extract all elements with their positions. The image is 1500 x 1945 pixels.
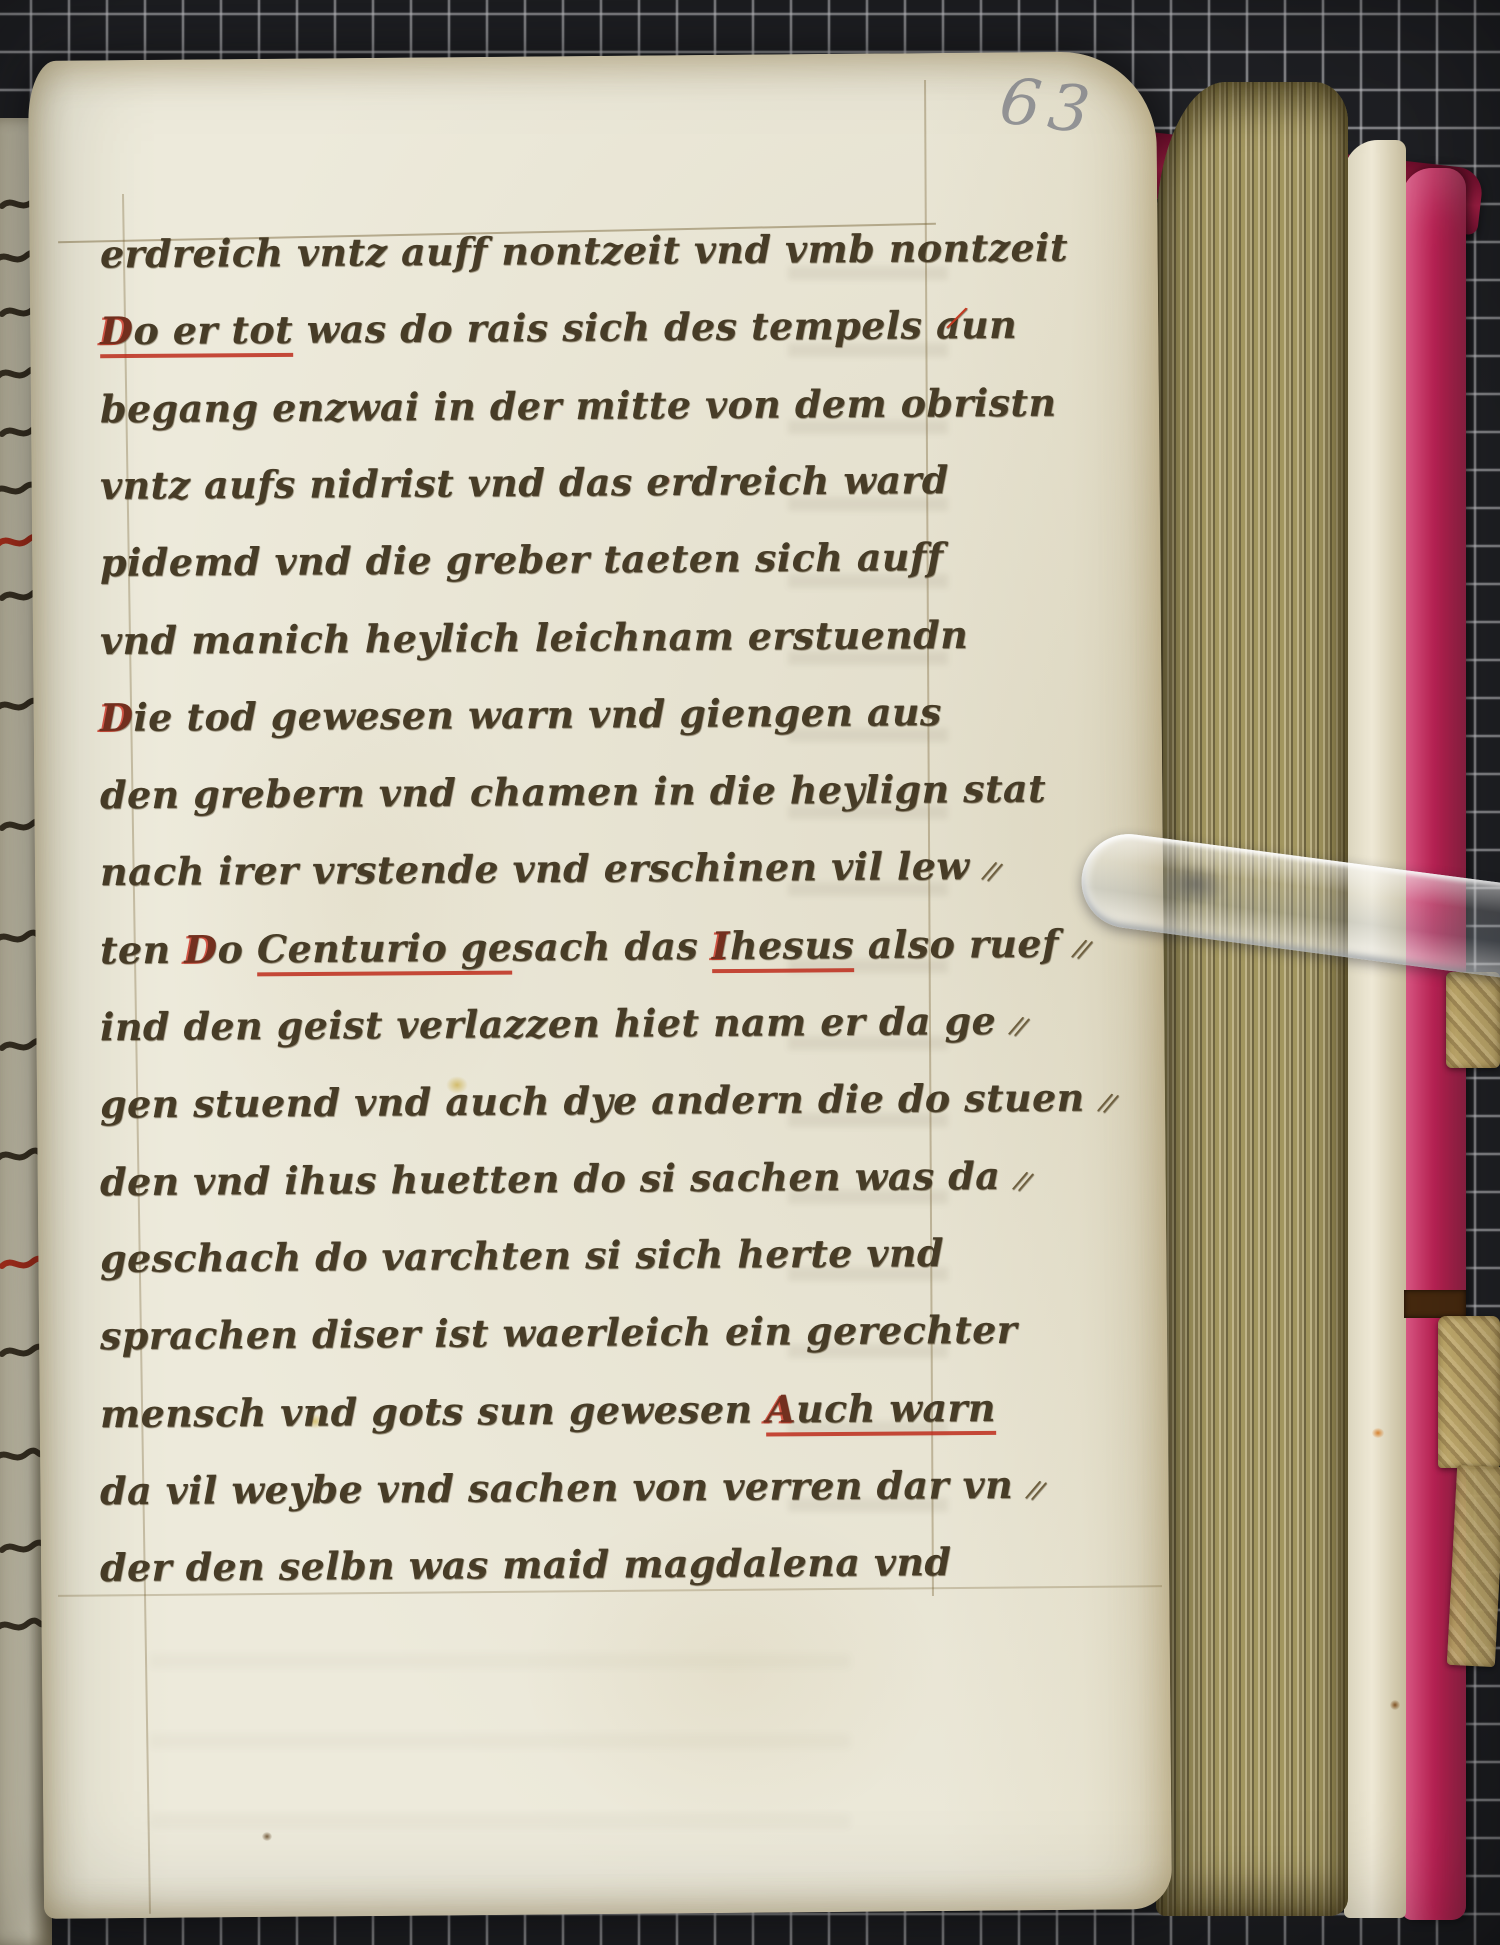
- manuscript-line: pidemd vnd die greber taeten sich auff: [100, 534, 944, 585]
- manuscript-photo: { "folio": { "number": "63" }, "colors":…: [0, 0, 1500, 1945]
- manuscript-line: da vil weybe vnd sachen von verren dar v…: [100, 1462, 1042, 1514]
- manuscript-line: mensch vnd gots sun gewesen Auch warn: [100, 1384, 996, 1435]
- ink-bleed-through: [788, 250, 948, 1560]
- clasp-strap-lower: [1438, 1316, 1500, 1468]
- manuscript-line: ten Do Centurio gesach das Ihesus also r…: [100, 920, 1087, 972]
- manuscript-line: vnd manich heylich leichnam erstuendn: [100, 611, 969, 662]
- page-block-fore-edge: [1156, 82, 1348, 1916]
- binding-speck: [1372, 1428, 1384, 1438]
- manuscript-line: den vnd ihus huetten do si sachen was da…: [100, 1152, 1029, 1203]
- manuscript-line: erdreich vntz auff nontzeit vnd vmb nont…: [100, 225, 1068, 277]
- manuscript-line: ind den geist verlazzen hiet nam er da g…: [100, 998, 1025, 1049]
- manuscript-line: vntz aufs nidrist vnd das erdreich ward: [100, 457, 949, 508]
- manuscript-line: begang enzwai in der mitte von dem obris…: [100, 379, 1057, 431]
- clasp-strap-upper: [1446, 972, 1500, 1068]
- manuscript-line: geschach do varchten si sich herte vnd: [100, 1230, 944, 1281]
- folio-number: 63: [996, 64, 1102, 149]
- clasp-anchor-notch: [1404, 1290, 1466, 1318]
- manuscript-line: Die tod gewesen warn vnd giengen aus: [100, 689, 942, 740]
- manuscript-line: Do er tot was do rais sich des tempels a…: [100, 302, 1017, 353]
- manuscript-line: nach irer vrstende vnd erschinen vil lew…: [100, 843, 998, 894]
- manuscript-line: der den selbn was maid magdalena vnd: [100, 1539, 952, 1590]
- endleaf-guard: [1344, 140, 1406, 1918]
- binding-speck: [1390, 1700, 1400, 1710]
- page-stain: [262, 1832, 272, 1841]
- manuscript-line: sprachen diser ist waerleich ein gerecht…: [100, 1307, 1017, 1358]
- manuscript-line: gen stuend vnd auch dye andern die do st…: [100, 1075, 1113, 1127]
- clasp-strap-tail: [1447, 1465, 1500, 1667]
- manuscript-line: den grebern vnd chamen in die heylign st…: [100, 766, 1046, 818]
